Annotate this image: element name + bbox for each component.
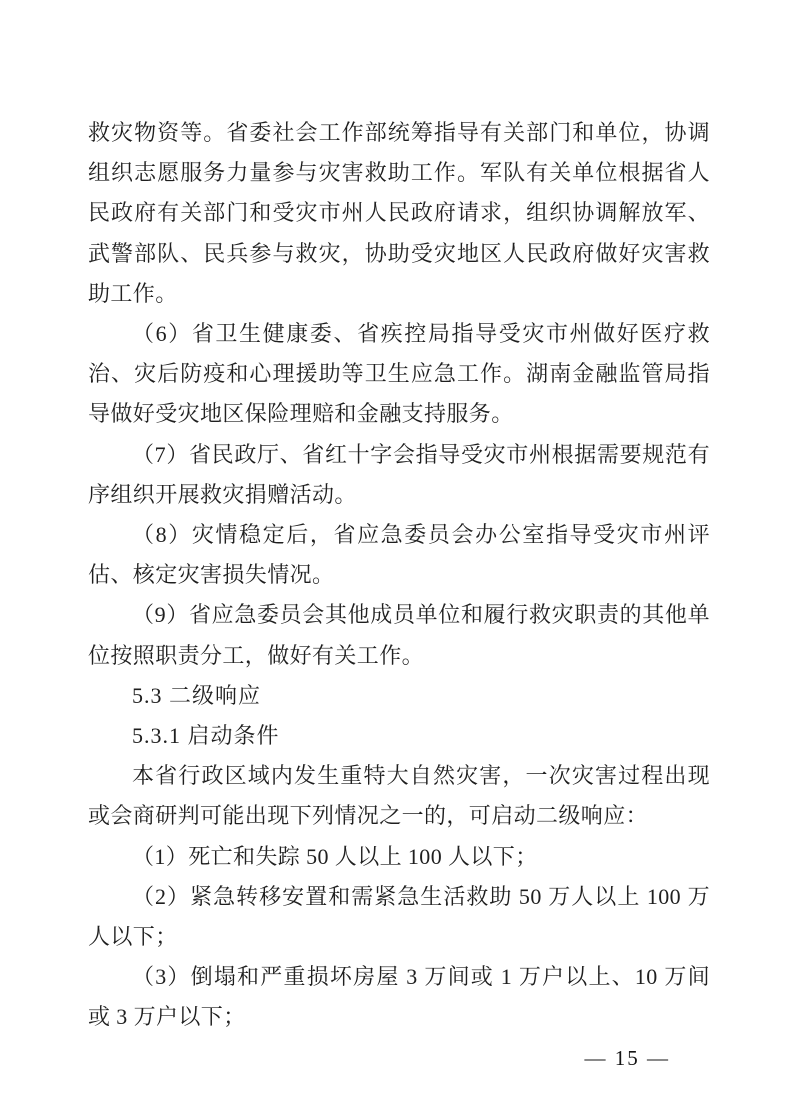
paragraph-item-9: （9）省应急委员会其他成员单位和履行救灾职责的其他单位按照职责分工，做好有关工作… [88,595,710,675]
section-heading-5-3: 5.3 二级响应 [88,676,710,716]
paragraph-item-6: （6）省卫生健康委、省疾控局指导受灾市州做好医疗救治、灾后防疫和心理援助等卫生应… [88,314,710,435]
page-number: — 15 — [585,1046,671,1070]
document-body: 救灾物资等。省委社会工作部统筹指导有关部门和单位，协调组织志愿服务力量参与灾害救… [88,113,710,1038]
paragraph-continuation: 救灾物资等。省委社会工作部统筹指导有关部门和单位，协调组织志愿服务力量参与灾害救… [88,113,710,314]
document-page: 救灾物资等。省委社会工作部统筹指导有关部门和单位，协调组织志愿服务力量参与灾害救… [0,0,786,1120]
paragraph-intro: 本省行政区域内发生重特大自然灾害，一次灾害过程出现或会商研判可能出现下列情况之一… [88,756,710,836]
paragraph-condition-1: （1）死亡和失踪 50 人以上 100 人以下； [88,837,710,877]
paragraph-item-7: （7）省民政厅、省红十字会指导受灾市州根据需要规范有序组织开展救灾捐赠活动。 [88,435,710,515]
subsection-heading-5-3-1: 5.3.1 启动条件 [88,716,710,756]
page-footer: — 15 — [0,1046,670,1071]
paragraph-condition-2: （2）紧急转移安置和需紧急生活救助 50 万人以上 100 万人以下； [88,877,710,957]
paragraph-item-8: （8）灾情稳定后，省应急委员会办公室指导受灾市州评估、核定灾害损失情况。 [88,515,710,595]
paragraph-condition-3: （3）倒塌和严重损坏房屋 3 万间或 1 万户以上、10 万间或 3 万户以下； [88,957,710,1037]
